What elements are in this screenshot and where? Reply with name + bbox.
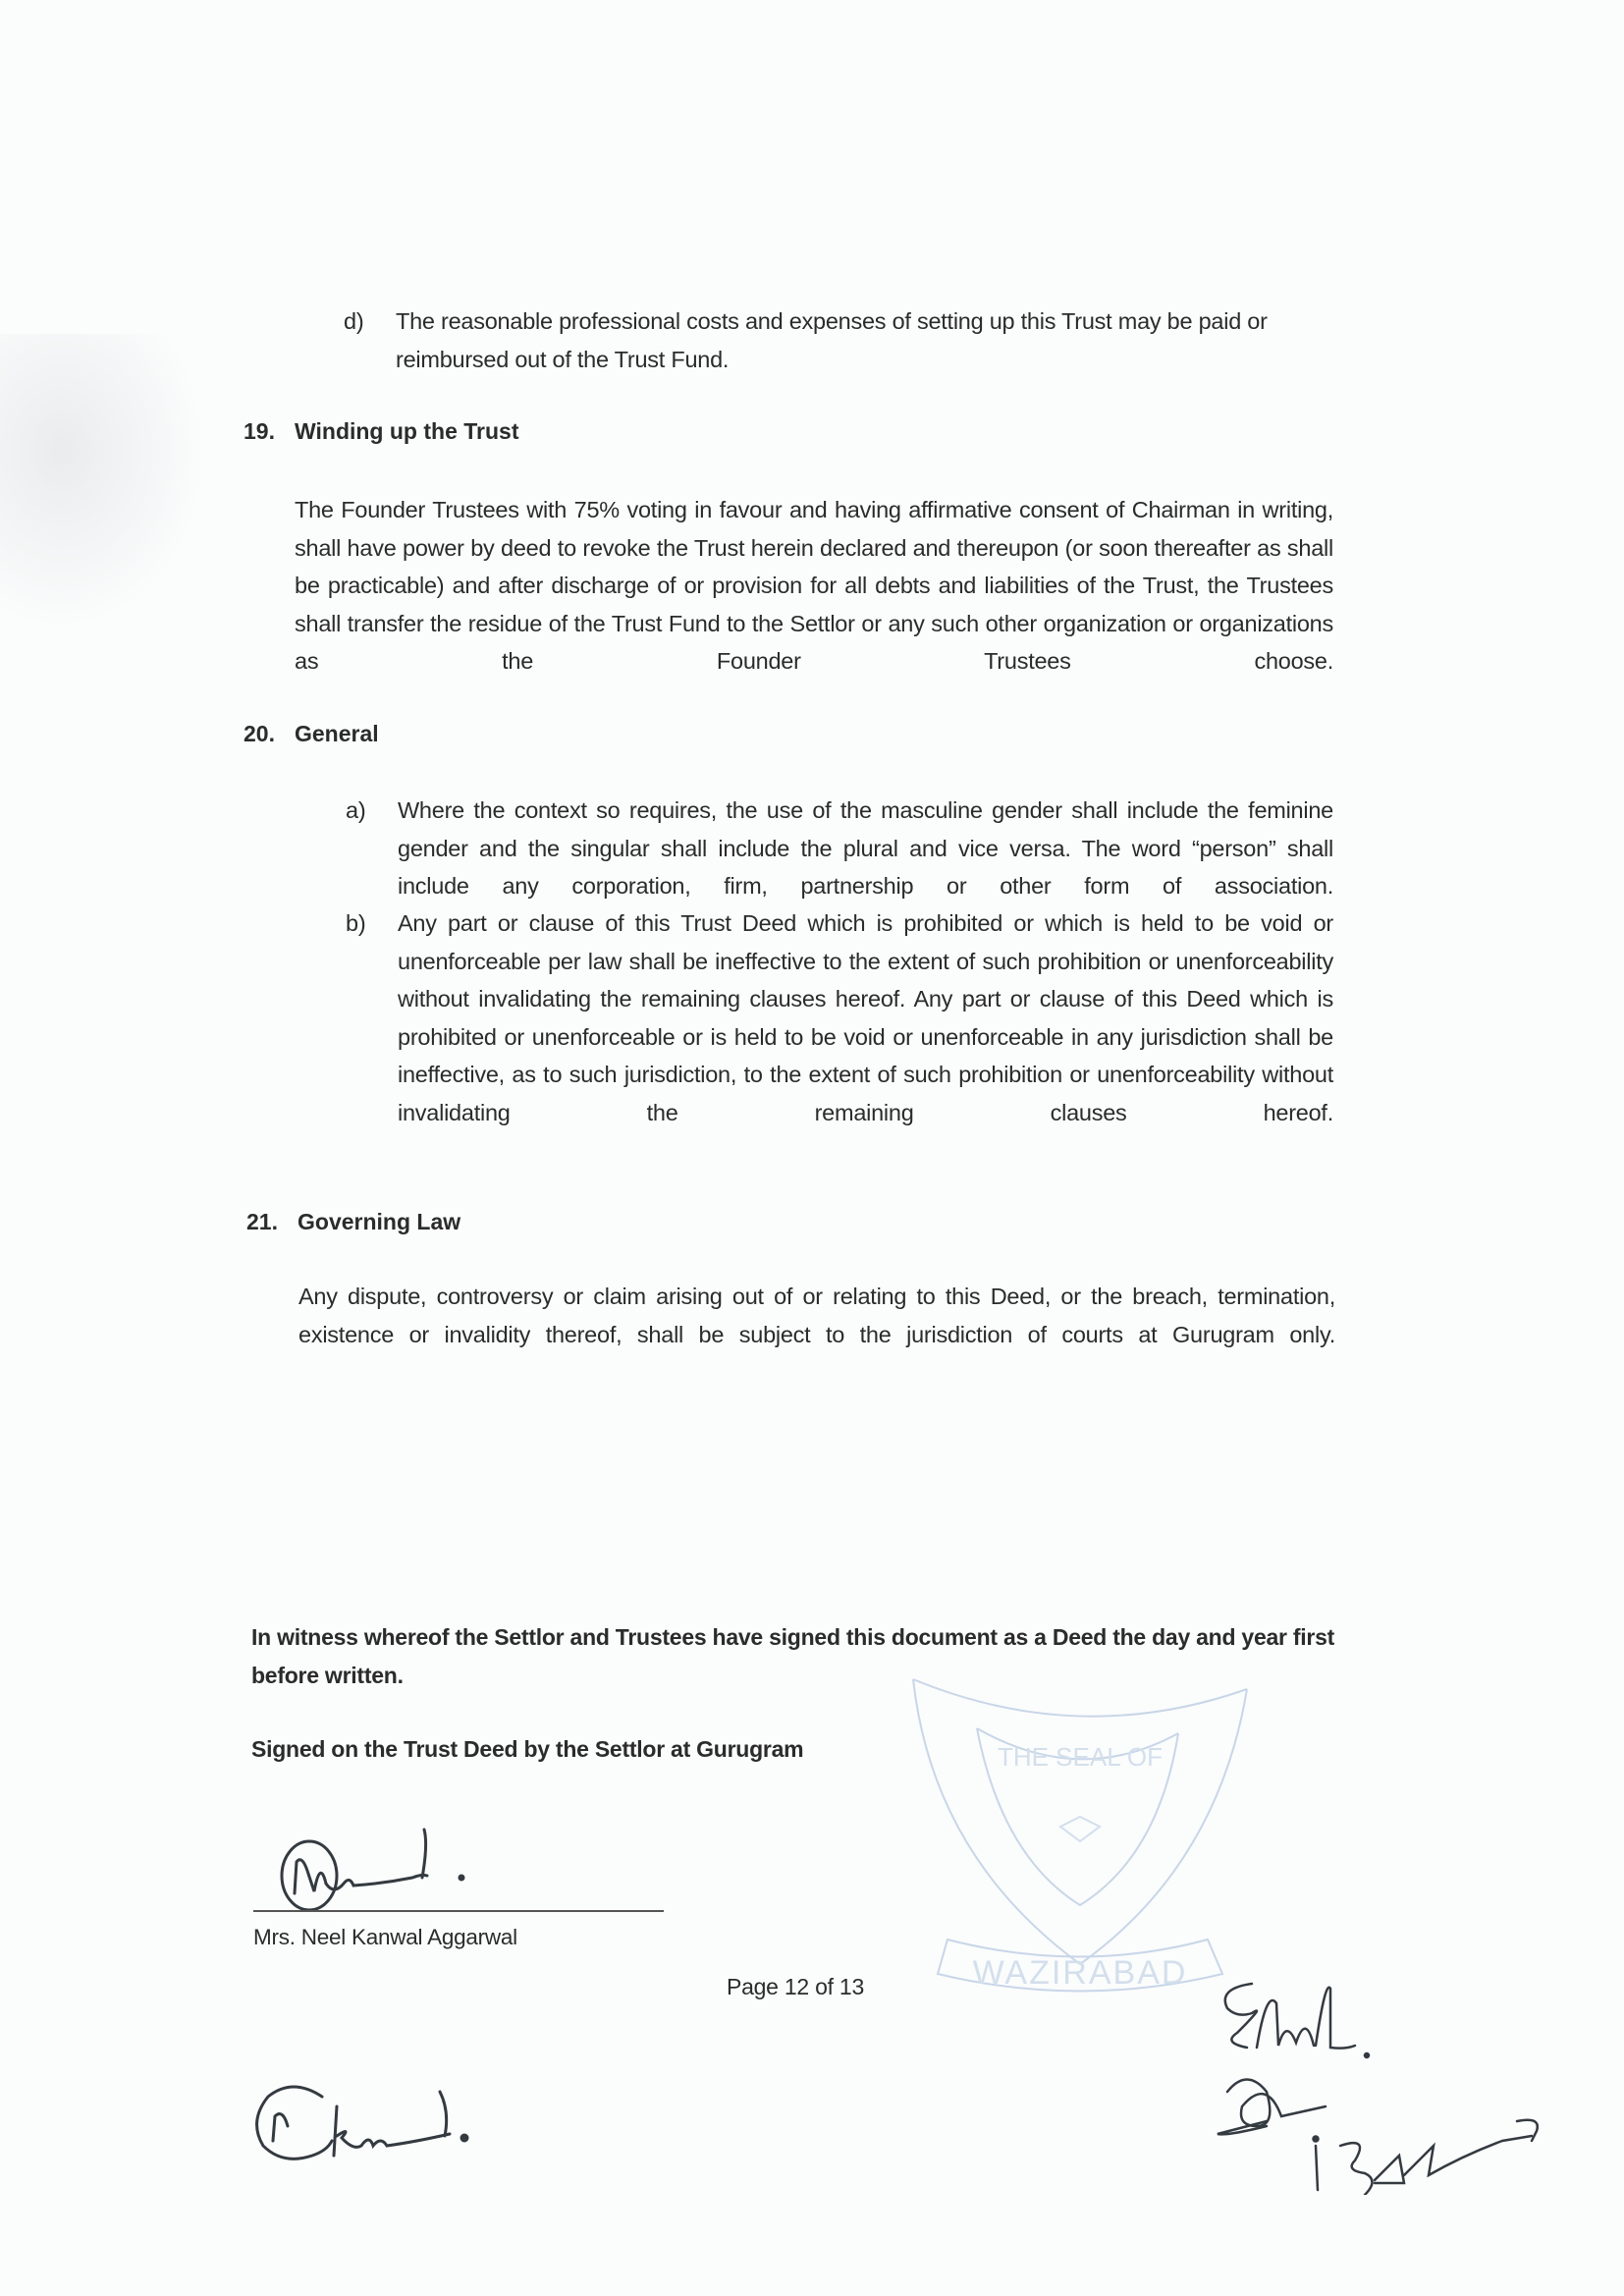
signed-line: Signed on the Trust Deed by the Settlor … bbox=[251, 1730, 803, 1769]
clause-18-item-label: d) bbox=[344, 302, 363, 341]
clause-title: Governing Law bbox=[298, 1209, 460, 1234]
clause-20-item-b-label: b) bbox=[346, 904, 365, 943]
clause-19-heading: 19.Winding up the Trust bbox=[244, 418, 518, 445]
clause-number: 20. bbox=[244, 721, 295, 747]
clause-title: General bbox=[295, 721, 379, 746]
clause-18-item-text: The reasonable professional costs and ex… bbox=[396, 302, 1338, 378]
trustee-signatures bbox=[1208, 1959, 1561, 2195]
clause-20-item-a-label: a) bbox=[346, 792, 365, 830]
stamp-bottom-text: WAZIRABAD bbox=[973, 1954, 1188, 1992]
clause-number: 19. bbox=[244, 418, 295, 445]
clause-20-item-b-text: Any part or clause of this Trust Deed wh… bbox=[398, 904, 1333, 1170]
clause-19-body: The Founder Trustees with 75% voting in … bbox=[295, 491, 1333, 718]
document-page: d) The reasonable professional costs and… bbox=[0, 0, 1624, 2296]
clause-21-body: Any dispute, controversy or claim arisin… bbox=[298, 1278, 1335, 1392]
scan-smudge bbox=[0, 334, 206, 629]
settlor-initials bbox=[244, 2067, 538, 2175]
stamp-emblem-icon bbox=[1060, 1817, 1100, 1841]
clause-number: 21. bbox=[246, 1209, 298, 1235]
signatory-name: Mrs. Neel Kanwal Aggarwal bbox=[253, 1919, 517, 1957]
signature-line bbox=[253, 1910, 664, 1912]
stamp-top-text: THE SEAL OF bbox=[998, 1742, 1163, 1772]
settlor-signature bbox=[265, 1815, 560, 1913]
clause-20-heading: 20.General bbox=[244, 721, 379, 747]
page-number: Page 12 of 13 bbox=[727, 1968, 864, 2006]
clause-21-heading: 21.Governing Law bbox=[246, 1209, 460, 1235]
clause-title: Winding up the Trust bbox=[295, 418, 518, 444]
